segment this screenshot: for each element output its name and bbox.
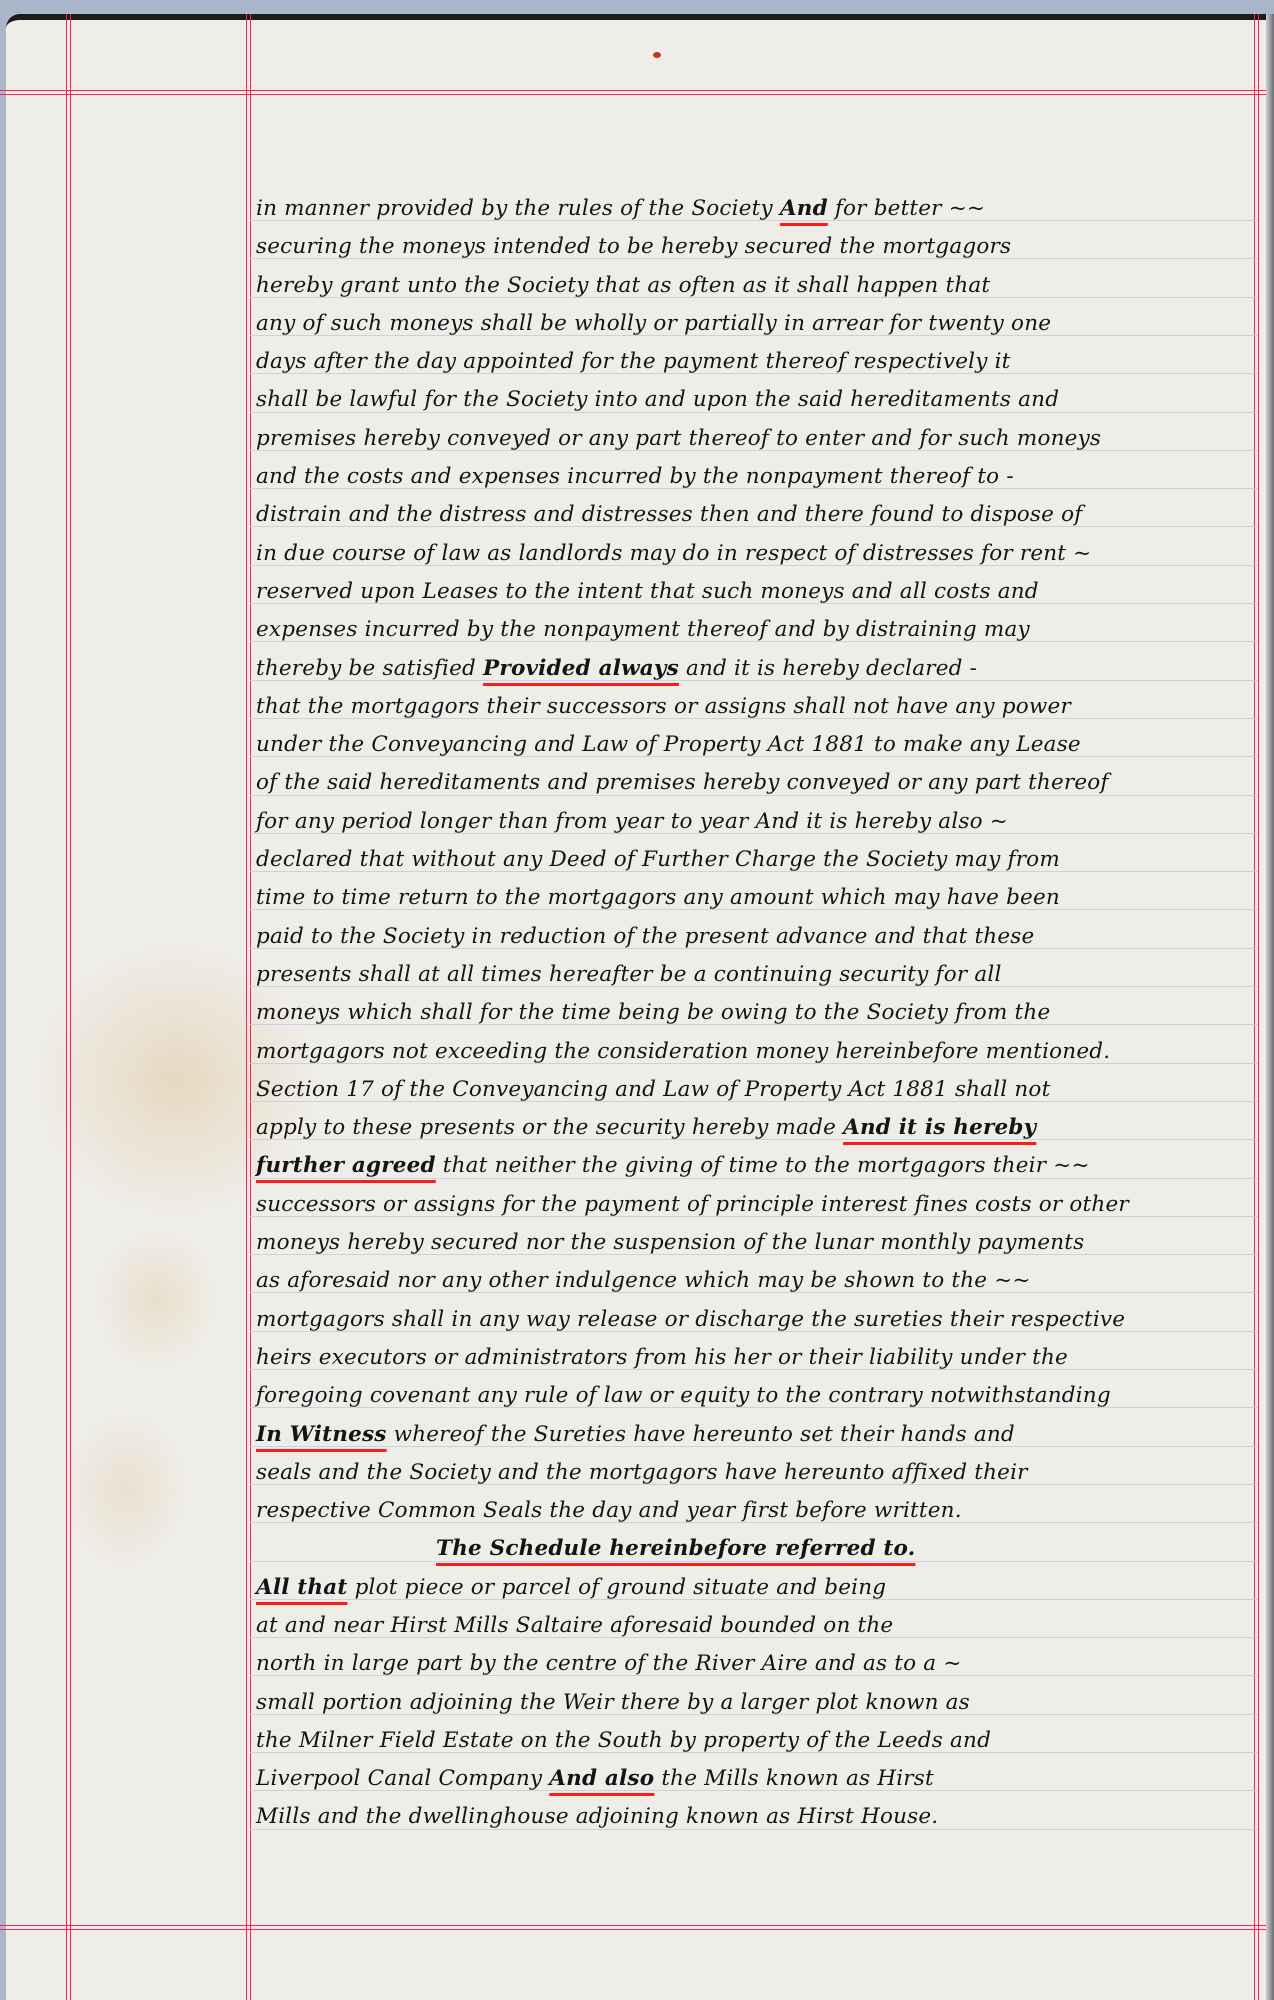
- text-margin-rule: [246, 14, 251, 2000]
- text-line: distrain and the distress and distresses…: [256, 496, 1256, 534]
- text-segment: at and near Hirst Mills Saltaire aforesa…: [256, 1613, 893, 1638]
- text-segment: and it is hereby declared -: [679, 656, 977, 681]
- text-segment: apply to these presents or the security …: [256, 1115, 843, 1140]
- text-segment: presents shall at all times hereafter be…: [256, 962, 1002, 987]
- text-segment: premises hereby conveyed or any part the…: [256, 426, 1101, 451]
- text-line: at and near Hirst Mills Saltaire aforesa…: [256, 1607, 1256, 1645]
- text-line: under the Conveyancing and Law of Proper…: [256, 726, 1256, 764]
- text-line: thereby be satisfied Provided always and…: [256, 650, 1256, 688]
- text-line: All that plot piece or parcel of ground …: [256, 1569, 1256, 1607]
- text-line: shall be lawful for the Society into and…: [256, 381, 1256, 419]
- outer-margin-rule: [66, 14, 71, 2000]
- text-segment: successors or assigns for the payment of…: [256, 1192, 1129, 1217]
- text-segment: seals and the Society and the mortgagors…: [256, 1460, 1028, 1485]
- text-segment: the Milner Field Estate on the South by …: [256, 1728, 991, 1753]
- text-line: mortgagors shall in any way release or d…: [256, 1301, 1256, 1339]
- text-line: securing the moneys intended to be hereb…: [256, 228, 1256, 266]
- text-segment: in manner provided by the rules of the S…: [256, 196, 780, 221]
- text-line: days after the day appointed for the pay…: [256, 343, 1256, 381]
- text-segment: as aforesaid nor any other indulgence wh…: [256, 1268, 1031, 1293]
- text-segment: days after the day appointed for the pay…: [256, 349, 1011, 374]
- text-segment: moneys which shall for the time being be…: [256, 1000, 1050, 1025]
- text-segment: thereby be satisfied: [256, 656, 483, 681]
- text-line: the Milner Field Estate on the South by …: [256, 1722, 1256, 1760]
- text-segment: And it is hereby also ~: [756, 809, 1009, 834]
- text-segment: time to time return to the mortgagors an…: [256, 885, 1060, 910]
- text-line: Section 17 of the Conveyancing and Law o…: [256, 1071, 1256, 1109]
- text-line: In Witness whereof the Sureties have her…: [256, 1416, 1256, 1454]
- text-line: mortgagors not exceeding the considerati…: [256, 1033, 1256, 1071]
- text-line: seals and the Society and the mortgagors…: [256, 1454, 1256, 1492]
- text-segment: Section 17 of the Conveyancing and Law o…: [256, 1077, 1050, 1102]
- text-line: respective Common Seals the day and year…: [256, 1492, 1256, 1530]
- text-segment: north in large part by the centre of the…: [256, 1651, 962, 1676]
- text-line: and the costs and expenses incurred by t…: [256, 458, 1256, 496]
- text-segment: reserved upon Leases to the intent that …: [256, 579, 1039, 604]
- text-segment: securing the moneys intended to be hereb…: [256, 234, 1011, 259]
- schedule-heading: The Schedule hereinbefore referred to.: [256, 1530, 1256, 1568]
- text-segment: that neither the giving of time to the m…: [436, 1153, 1090, 1178]
- text-line: successors or assigns for the payment of…: [256, 1186, 1256, 1224]
- ink-blot: [653, 52, 661, 58]
- text-segment: heirs executors or administrators from h…: [256, 1345, 1068, 1370]
- red-underlined-phrase: In Witness: [256, 1422, 387, 1447]
- text-segment: hereby grant unto the Society that as of…: [256, 273, 990, 298]
- red-underlined-phrase: further agreed: [256, 1153, 436, 1178]
- text-segment: Mills and the dwellinghouse adjoining kn…: [256, 1804, 938, 1829]
- text-segment: plot piece or parcel of ground situate a…: [348, 1575, 887, 1600]
- text-segment: foregoing covenant any rule of law or eq…: [256, 1383, 1111, 1408]
- top-margin-rule: [0, 90, 1266, 95]
- text-line: for any period longer than from year to …: [256, 803, 1256, 841]
- text-segment: small portion adjoining the Weir there b…: [256, 1690, 970, 1715]
- text-segment: moneys hereby secured nor the suspension…: [256, 1230, 1084, 1255]
- red-underlined-phrase: All that: [256, 1575, 348, 1600]
- text-segment: under the Conveyancing and Law of Proper…: [256, 732, 1081, 757]
- deed-body-text: in manner provided by the rules of the S…: [256, 190, 1256, 1837]
- text-segment: of the said hereditaments and premises h…: [256, 770, 1109, 795]
- text-line: small portion adjoining the Weir there b…: [256, 1684, 1256, 1722]
- text-line: as aforesaid nor any other indulgence wh…: [256, 1262, 1256, 1300]
- text-segment: Liverpool Canal Company: [256, 1766, 549, 1791]
- text-segment: that the mortgagors their successors or …: [256, 694, 1071, 719]
- bottom-margin-rule: [0, 1925, 1266, 1930]
- text-segment: and the costs and expenses incurred by t…: [256, 464, 1014, 489]
- text-segment: the Mills known as Hirst: [654, 1766, 934, 1791]
- text-line: reserved upon Leases to the intent that …: [256, 573, 1256, 611]
- text-segment: paid to the Society in reduction of the …: [256, 924, 1034, 949]
- text-segment: shall be lawful for the Society into and…: [256, 387, 1059, 412]
- text-line: premises hereby conveyed or any part the…: [256, 420, 1256, 458]
- text-segment: for any period longer than from year to …: [256, 809, 756, 834]
- text-line: moneys hereby secured nor the suspension…: [256, 1224, 1256, 1262]
- text-line: time to time return to the mortgagors an…: [256, 879, 1256, 917]
- text-line: Liverpool Canal Company And also the Mil…: [256, 1760, 1256, 1798]
- text-segment: mortgagors shall in any way release or d…: [256, 1307, 1125, 1332]
- text-segment: respective Common Seals the day and year…: [256, 1498, 962, 1523]
- text-line: paid to the Society in reduction of the …: [256, 918, 1256, 956]
- text-line: hereby grant unto the Society that as of…: [256, 267, 1256, 305]
- text-line: declared that without any Deed of Furthe…: [256, 841, 1256, 879]
- text-line: in due course of law as landlords may do…: [256, 535, 1256, 573]
- red-underlined-phrase: And: [780, 196, 828, 221]
- text-segment: whereof the Sureties have hereunto set t…: [387, 1422, 1015, 1447]
- text-segment: any of such moneys shall be wholly or pa…: [256, 311, 1051, 336]
- text-line: of the said hereditaments and premises h…: [256, 764, 1256, 802]
- text-line: apply to these presents or the security …: [256, 1109, 1256, 1147]
- text-line: in manner provided by the rules of the S…: [256, 190, 1256, 228]
- text-line: any of such moneys shall be wholly or pa…: [256, 305, 1256, 343]
- red-underlined-phrase: And also: [549, 1766, 654, 1791]
- text-line: north in large part by the centre of the…: [256, 1645, 1256, 1683]
- red-underlined-phrase: Provided always: [483, 656, 679, 681]
- text-line: further agreed that neither the giving o…: [256, 1147, 1256, 1185]
- text-line: Mills and the dwellinghouse adjoining kn…: [256, 1798, 1256, 1836]
- red-underlined-phrase: And it is hereby: [843, 1115, 1036, 1140]
- text-line: that the mortgagors their successors or …: [256, 688, 1256, 726]
- red-underlined-phrase: The Schedule hereinbefore referred to.: [436, 1536, 915, 1561]
- text-segment: expenses incurred by the nonpayment ther…: [256, 617, 1030, 642]
- text-segment: distrain and the distress and distresses…: [256, 502, 1082, 527]
- text-segment: declared that without any Deed of Furthe…: [256, 847, 1060, 872]
- text-line: moneys which shall for the time being be…: [256, 994, 1256, 1032]
- text-line: expenses incurred by the nonpayment ther…: [256, 611, 1256, 649]
- text-line: foregoing covenant any rule of law or eq…: [256, 1377, 1256, 1415]
- text-segment: mortgagors not exceeding the considerati…: [256, 1039, 1110, 1064]
- text-segment: for better ~~: [828, 196, 985, 221]
- text-line: presents shall at all times hereafter be…: [256, 956, 1256, 994]
- book-spine-edge: [1266, 14, 1274, 2000]
- text-line: heirs executors or administrators from h…: [256, 1339, 1256, 1377]
- text-segment: in due course of law as landlords may do…: [256, 541, 1091, 566]
